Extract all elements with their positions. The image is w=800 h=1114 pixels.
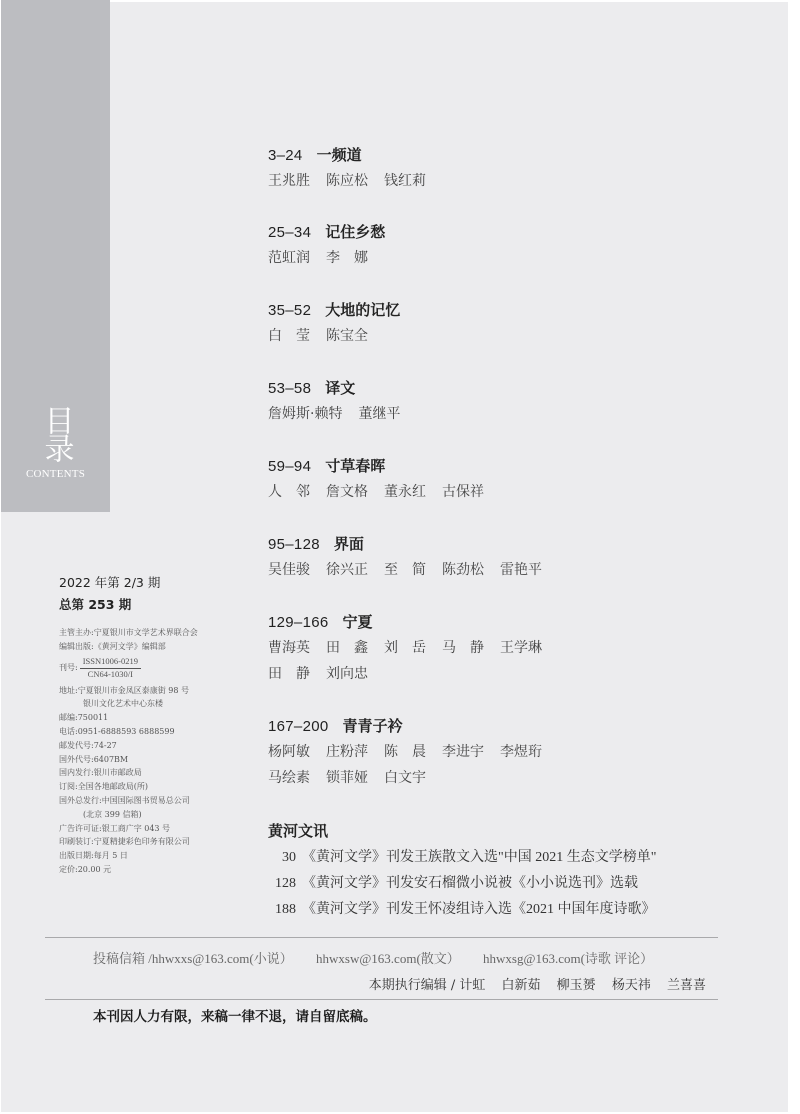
author: 刘 岳 xyxy=(384,640,426,656)
issue-total: 总第 253 期 xyxy=(59,594,160,616)
author: 陈宝全 xyxy=(326,328,368,344)
toc-pages: 95–128 xyxy=(268,536,320,553)
author: 董继平 xyxy=(358,406,400,422)
colophon-publisher: 编辑出版:《黄河文学》编辑部 xyxy=(59,640,249,654)
colophon-price: 定价:20.00 元 xyxy=(59,863,249,877)
toc-title: 记住乡愁 xyxy=(325,223,385,241)
submit-poetry-email[interactable]: hhwxsg@163.com(诗歌 评论） xyxy=(483,951,653,966)
toc-authors: 白 莹陈宝全 xyxy=(268,323,400,349)
divider xyxy=(45,999,718,1000)
colophon-printer: 印刷装订:宁夏精捷彩色印务有限公司 xyxy=(59,835,249,849)
author: 田 鑫 xyxy=(326,640,368,656)
colophon-subscribe: 订阅:全国各地邮政局(所) xyxy=(59,780,249,794)
editors-label: 本期执行编辑 / 计虹 xyxy=(369,978,486,993)
author: 徐兴正 xyxy=(326,562,368,578)
author: 陈应松 xyxy=(326,173,368,189)
author: 白文宇 xyxy=(384,770,426,786)
author: 范虹润 xyxy=(268,250,310,266)
toc-authors: 詹姆斯·赖特董继平 xyxy=(268,401,416,427)
toc-authors: 田 静刘向忠 xyxy=(268,661,574,687)
contents-heading: 目录 CONTENTS xyxy=(1,405,110,480)
author: 庄粉萍 xyxy=(326,744,368,760)
toc-authors: 吴佳骏徐兴正至 简陈劲松雷艳平 xyxy=(268,557,558,583)
colophon-domestic-dist: 国内发行:银川市邮政局 xyxy=(59,766,249,780)
submission-emails: 投稿信箱 /hhwxxs@163.com(小说） hhwxsw@163.com(… xyxy=(93,948,673,967)
news-title: 黄河文讯 xyxy=(268,817,656,845)
author: 钱红莉 xyxy=(384,173,426,189)
news-text: 《黄河文学》刊发王族散文入选"中国 2021 生态文学榜单" xyxy=(302,850,656,865)
news-page: 30 xyxy=(268,845,296,871)
colophon-postcode: 邮编:750011 xyxy=(59,711,249,725)
issn-label: 刊号: xyxy=(59,661,78,675)
editor: 白新茹 xyxy=(502,978,541,993)
editor: 杨天祎 xyxy=(612,978,651,993)
author: 曹海英 xyxy=(268,640,310,656)
executive-editors: 本期执行编辑 / 计虹 白新茹 柳玉赟 杨天祎 兰喜喜 xyxy=(369,974,706,993)
author: 陈 晨 xyxy=(384,744,426,760)
toc-authors: 人 邻詹文格董永红古保祥 xyxy=(268,479,500,505)
author: 李煜珩 xyxy=(500,744,542,760)
colophon-ad-license: 广告许可证:银工商广字 043 号 xyxy=(59,822,249,836)
author: 吴佳骏 xyxy=(268,562,310,578)
toc-title: 宁夏 xyxy=(343,613,373,631)
author: 王兆胜 xyxy=(268,173,310,189)
news-page: 128 xyxy=(268,871,296,897)
toc-title: 大地的记忆 xyxy=(325,301,400,319)
author: 马绘素 xyxy=(268,770,310,786)
issue-info: 2022 年第 2/3 期 总第 253 期 xyxy=(59,572,160,616)
issn-number: ISSN1006-0219 xyxy=(80,656,141,669)
toc-title: 寸草春晖 xyxy=(325,457,385,475)
editor: 兰喜喜 xyxy=(667,978,706,993)
cn-number: CN64-1030/I xyxy=(88,669,133,680)
toc-title: 译文 xyxy=(325,379,355,397)
toc-authors: 曹海英田 鑫刘 岳马 静王学琳 xyxy=(268,635,574,661)
colophon-pub-date: 出版日期:每月 5 日 xyxy=(59,849,249,863)
colophon-supervisor: 主管主办:宁夏银川市文学艺术界联合会 xyxy=(59,626,249,640)
toc-authors: 杨阿敏庄粉萍陈 晨李进宇李煜珩 xyxy=(268,739,558,765)
toc-pages: 35–52 xyxy=(268,302,311,319)
author: 雷艳平 xyxy=(500,562,542,578)
news-item[interactable]: 30《黄河文学》刊发王族散文入选"中国 2021 生态文学榜单" xyxy=(268,845,656,871)
author: 古保祥 xyxy=(442,484,484,500)
author: 马 静 xyxy=(442,640,484,656)
author: 人 邻 xyxy=(268,484,310,500)
toc-title: 青青子衿 xyxy=(343,717,403,735)
toc-authors: 范虹润李 娜 xyxy=(268,245,385,271)
author: 王学琳 xyxy=(500,640,542,656)
author: 詹姆斯·赖特 xyxy=(268,406,342,422)
news-text: 《黄河文学》刊发安石榴微小说被《小小说选刊》选载 xyxy=(302,876,638,891)
news-item[interactable]: 188《黄河文学》刊发王怀凌组诗入选《2021 中国年度诗歌》 xyxy=(268,897,656,923)
toc-pages: 53–58 xyxy=(268,380,311,397)
author: 李进宇 xyxy=(442,744,484,760)
toc-section[interactable]: 167–200青青子衿 杨阿敏庄粉萍陈 晨李进宇李煜珩 马绘素锁菲娅白文宇 xyxy=(268,713,558,791)
colophon-issn: 刊号: ISSN1006-0219 CN64-1030/I xyxy=(59,656,249,680)
author: 李 娜 xyxy=(326,250,368,266)
toc-pages: 25–34 xyxy=(268,224,311,241)
toc-authors: 马绘素锁菲娅白文宇 xyxy=(268,765,558,791)
colophon-phone: 电话:0951-6888593 6888599 xyxy=(59,725,249,739)
toc-section[interactable]: 59–94寸草春晖 人 邻詹文格董永红古保祥 xyxy=(268,453,500,505)
contents-title-en: CONTENTS xyxy=(1,468,110,480)
author: 刘向忠 xyxy=(326,666,368,682)
toc-section[interactable]: 53–58译文 詹姆斯·赖特董继平 xyxy=(268,375,416,427)
author: 杨阿敏 xyxy=(268,744,310,760)
colophon-foreign-dist: 国外总发行:中国国际图书贸易总公司 xyxy=(59,794,249,808)
colophon-foreign-dist-2: (北京 399 信箱) xyxy=(59,808,249,822)
divider xyxy=(45,937,718,938)
editor: 柳玉赟 xyxy=(557,978,596,993)
author: 至 简 xyxy=(384,562,426,578)
colophon-address: 地址:宁夏银川市金凤区泰康街 98 号 xyxy=(59,684,249,698)
author: 詹文格 xyxy=(326,484,368,500)
author: 董永红 xyxy=(384,484,426,500)
submit-fiction-email[interactable]: 投稿信箱 /hhwxxs@163.com(小说） xyxy=(93,951,293,966)
news-page: 188 xyxy=(268,897,296,923)
toc-pages: 59–94 xyxy=(268,458,311,475)
toc-title: 一频道 xyxy=(317,146,362,164)
author: 陈劲松 xyxy=(442,562,484,578)
author: 锁菲娅 xyxy=(326,770,368,786)
toc-pages: 3–24 xyxy=(268,147,303,164)
toc-section[interactable]: 35–52大地的记忆 白 莹陈宝全 xyxy=(268,297,400,349)
toc-section[interactable]: 3–24一频道 王兆胜陈应松钱红莉 xyxy=(268,142,442,194)
toc-title: 界面 xyxy=(334,535,364,553)
toc-section[interactable]: 95–128界面 吴佳骏徐兴正至 简陈劲松雷艳平 xyxy=(268,531,558,583)
submission-notice: 本刊因人力有限，来稿一律不退，请自留底稿。 xyxy=(93,1005,377,1025)
toc-section[interactable]: 25–34记住乡愁 范虹润李 娜 xyxy=(268,219,385,271)
colophon-address-2: 银川文化艺术中心东楼 xyxy=(59,697,249,711)
toc-pages: 167–200 xyxy=(268,718,329,735)
contents-page: 目录 CONTENTS 2022 年第 2/3 期 总第 253 期 主管主办:… xyxy=(1,2,788,1112)
news-section: 黄河文讯 30《黄河文学》刊发王族散文入选"中国 2021 生态文学榜单" 12… xyxy=(268,817,656,923)
author: 白 莹 xyxy=(268,328,310,344)
contents-title-cn: 目录 xyxy=(40,405,72,461)
news-item[interactable]: 128《黄河文学》刊发安石榴微小说被《小小说选刊》选载 xyxy=(268,871,656,897)
author: 田 静 xyxy=(268,666,310,682)
colophon: 主管主办:宁夏银川市文学艺术界联合会 编辑出版:《黄河文学》编辑部 刊号: IS… xyxy=(59,626,249,877)
colophon-postal-code: 邮发代号:74-27 xyxy=(59,739,249,753)
toc-pages: 129–166 xyxy=(268,614,329,631)
toc-section[interactable]: 129–166宁夏 曹海英田 鑫刘 岳马 静王学琳 田 静刘向忠 xyxy=(268,609,574,687)
issue-number: 2022 年第 2/3 期 xyxy=(59,572,160,594)
news-text: 《黄河文学》刊发王怀凌组诗入选《2021 中国年度诗歌》 xyxy=(302,902,656,917)
submit-prose-email[interactable]: hhwxsw@163.com(散文） xyxy=(316,951,460,966)
toc-authors: 王兆胜陈应松钱红莉 xyxy=(268,168,442,194)
colophon-foreign-code: 国外代号:6407BM xyxy=(59,753,249,767)
